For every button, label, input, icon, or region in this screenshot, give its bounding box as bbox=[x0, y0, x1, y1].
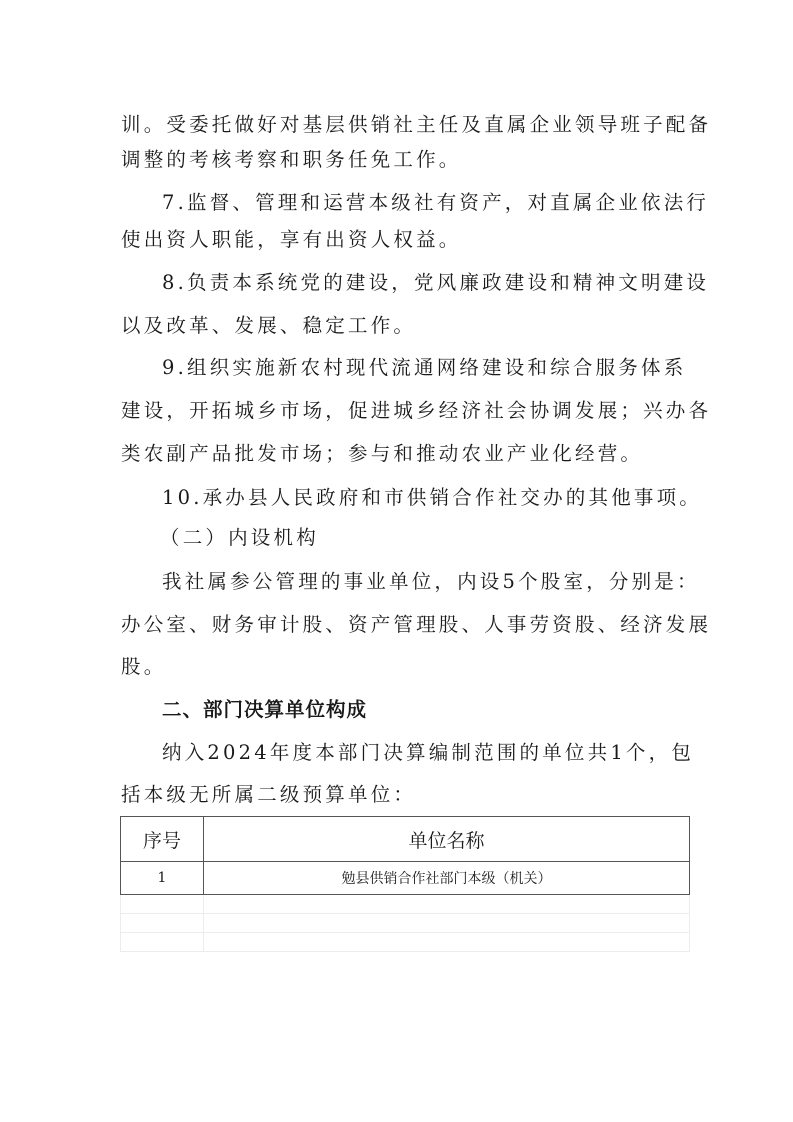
paragraph-item-10: 10.承办县人民政府和市供销合作社交办的其他事项。 bbox=[162, 485, 732, 511]
section-paragraph: 括本级无所属二级预算单位： bbox=[121, 782, 691, 808]
paragraph-line: 使出资人职能，享有出资人权益。 bbox=[121, 227, 691, 253]
cell-serial-number: 1 bbox=[121, 862, 204, 895]
paragraph-item-8: 8.负责本系统党的建设，党风廉政建设和精神文明建设 bbox=[162, 270, 732, 296]
paragraph-line: 建设，开拓城乡市场，促进城乡经济社会协调发展；兴办各 bbox=[121, 398, 691, 424]
header-serial-number: 序号 bbox=[121, 817, 204, 862]
paragraph-line: 类农副产品批发市场；参与和推动农业产业化经营。 bbox=[121, 441, 691, 467]
cell-unit-name bbox=[204, 914, 690, 933]
cell-serial-number bbox=[121, 914, 204, 933]
paragraph-line: 调整的考核考察和职务任免工作。 bbox=[121, 147, 691, 173]
table-header-row: 序号 单位名称 bbox=[121, 817, 690, 862]
paragraph-line: 以及改革、发展、稳定工作。 bbox=[121, 313, 691, 339]
paragraph-line: 办公室、财务审计股、资产管理股、人事劳资股、经济发展 bbox=[121, 612, 691, 638]
cell-unit-name bbox=[204, 895, 690, 914]
cell-serial-number bbox=[121, 895, 204, 914]
header-unit-name: 单位名称 bbox=[204, 817, 690, 862]
section-heading: 二、部门决算单位构成 bbox=[162, 697, 732, 723]
table-row: 1 勉县供销合作社部门本级（机关） bbox=[121, 862, 690, 895]
cell-unit-name: 勉县供销合作社部门本级（机关） bbox=[204, 862, 690, 895]
table-row-empty bbox=[121, 914, 690, 933]
cell-unit-name bbox=[204, 933, 690, 952]
paragraph-item-7: 7.监督、管理和运营本级社有资产，对直属企业依法行 bbox=[162, 190, 732, 216]
paragraph-line: 我社属参公管理的事业单位，内设5个股室，分别是： bbox=[162, 569, 732, 595]
subsection-heading: （二）内设机构 bbox=[160, 525, 730, 551]
cell-serial-number bbox=[121, 933, 204, 952]
section-paragraph: 纳入2024年度本部门决算编制范围的单位共1个，包 bbox=[162, 740, 732, 766]
paragraph-line: 股。 bbox=[121, 654, 691, 680]
paragraph-item-9: 9.组织实施新农村现代流通网络建设和综合服务体系 bbox=[162, 355, 732, 381]
table-row-empty bbox=[121, 933, 690, 952]
paragraph-line: 训。受委托做好对基层供销社主任及直属企业领导班子配备 bbox=[121, 112, 691, 138]
table-row-empty bbox=[121, 895, 690, 914]
units-table: 序号 单位名称 1 勉县供销合作社部门本级（机关） bbox=[120, 816, 690, 952]
